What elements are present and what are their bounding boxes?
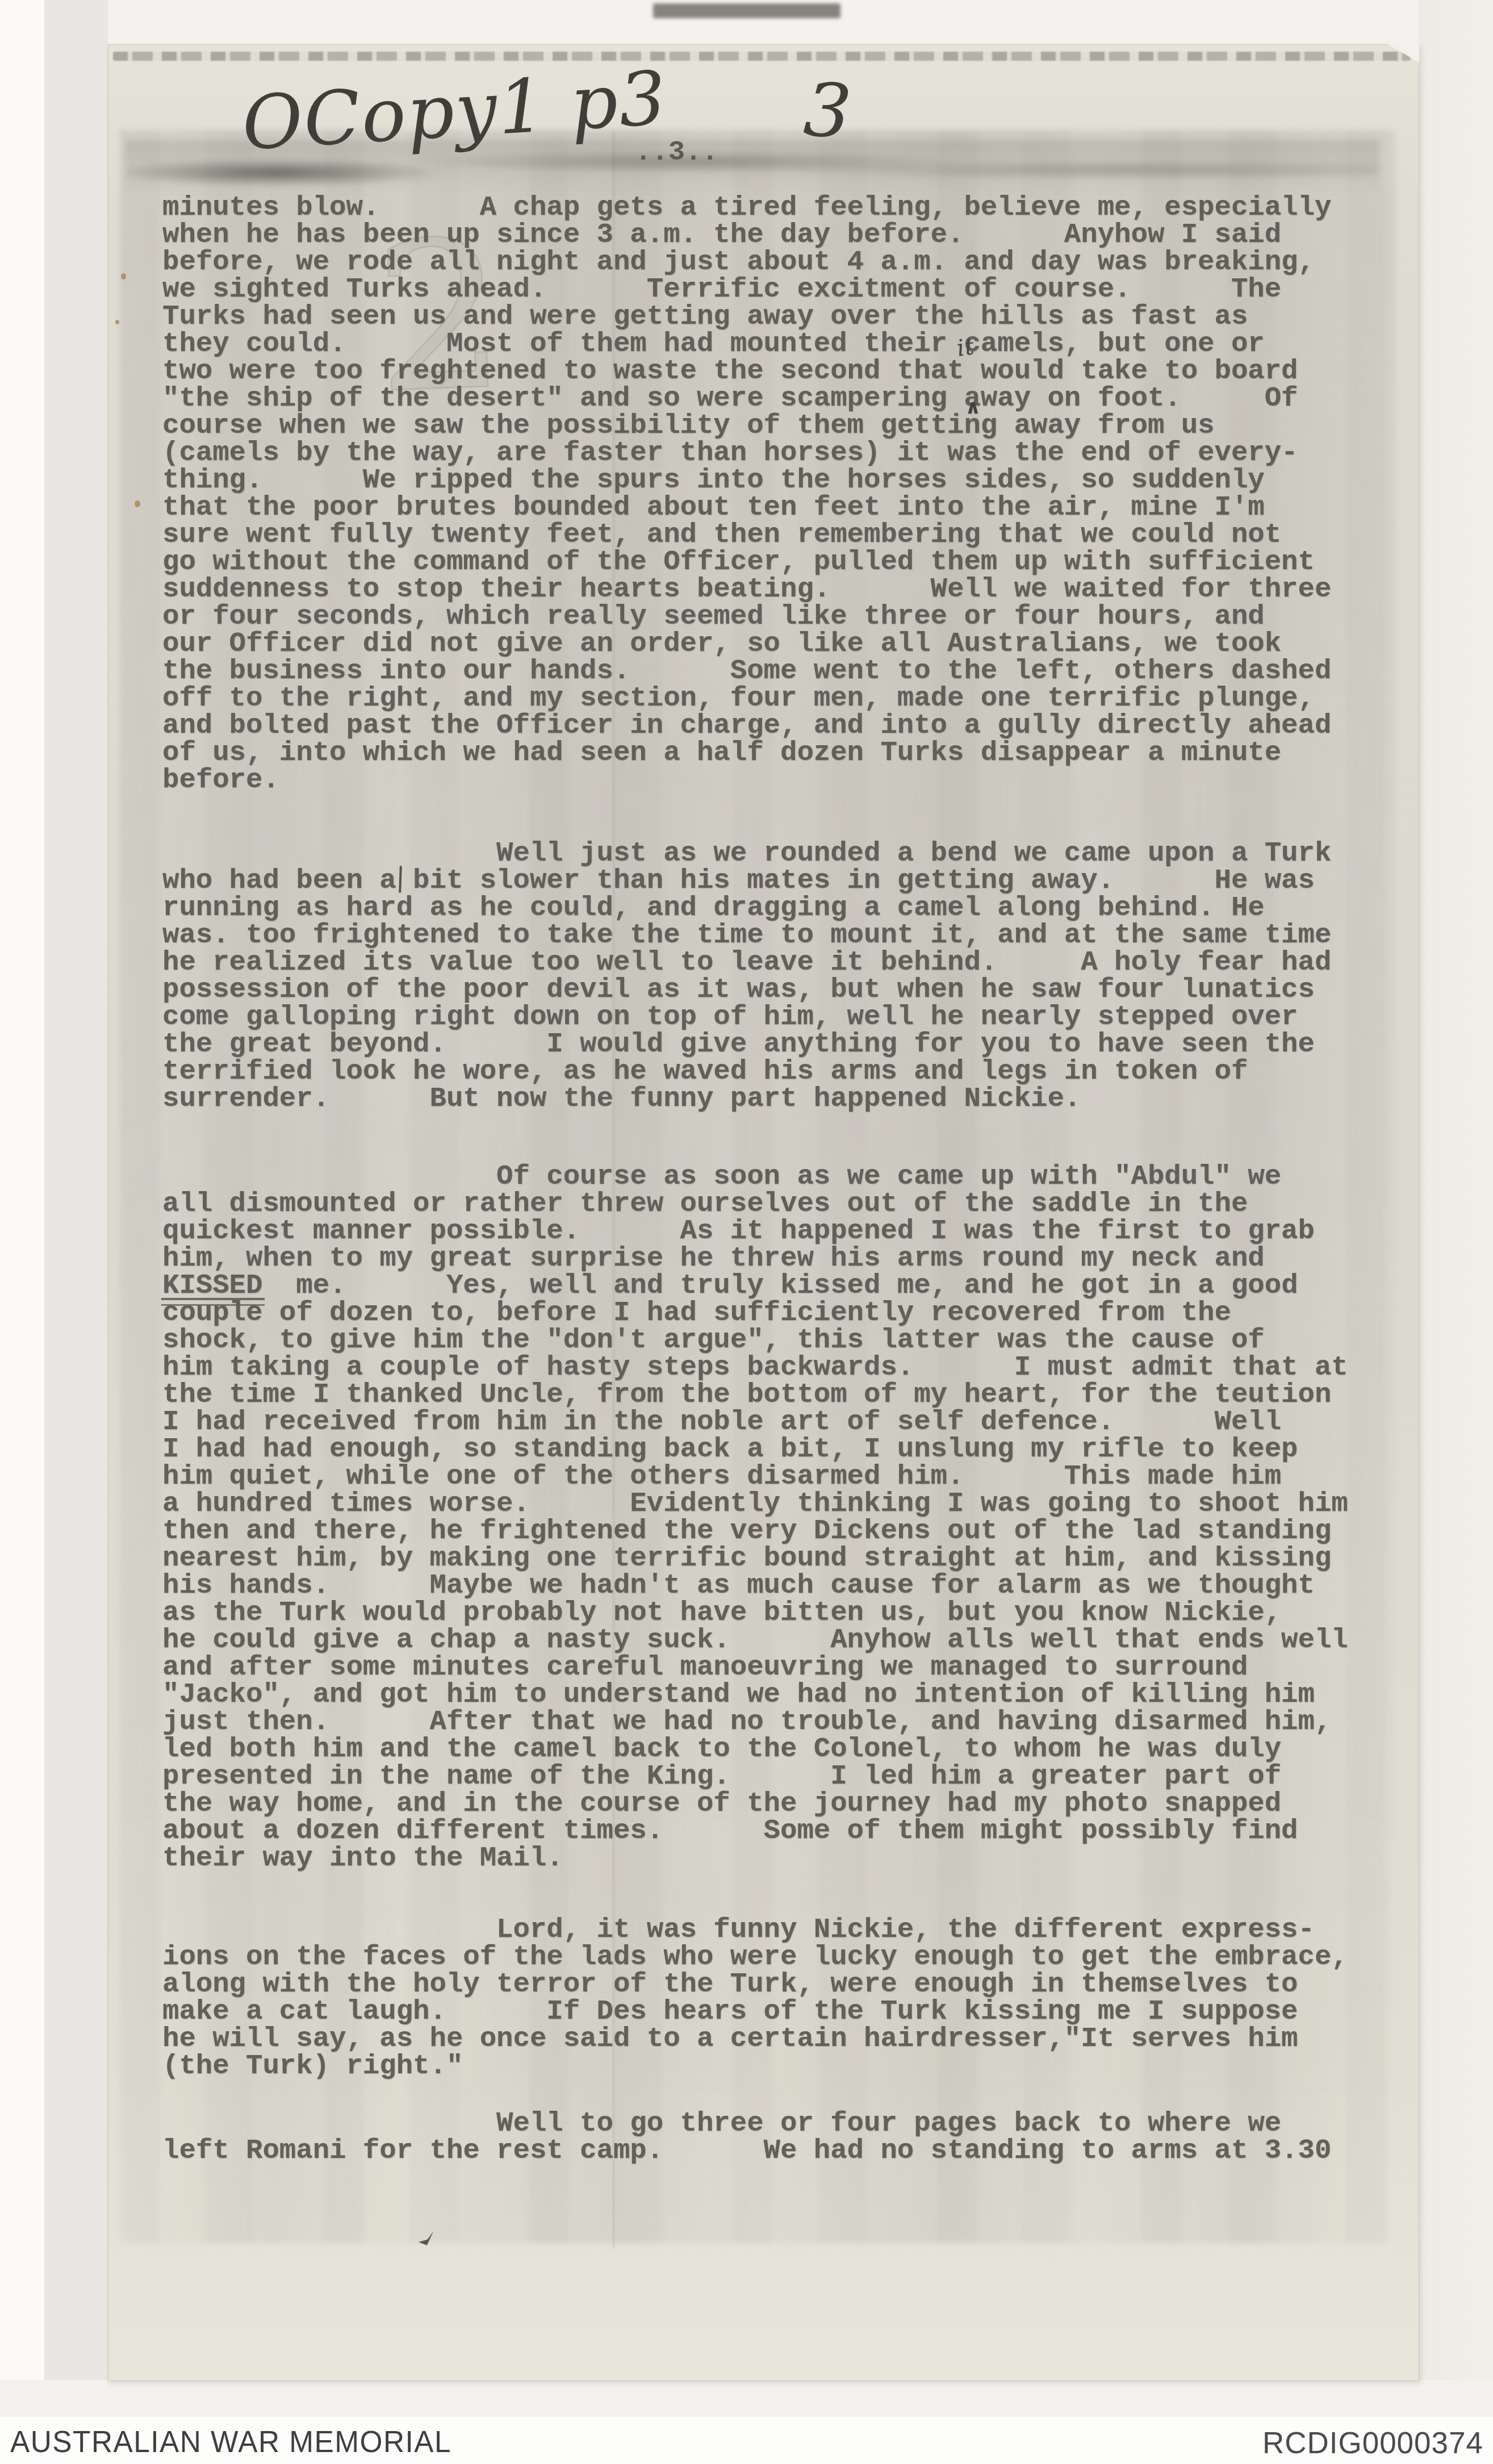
scanned-letter-page: 2 OCopy1 p3 3 ..3.. minutes blow. A chap… [0, 0, 1493, 2464]
scanner-edge-strip [0, 0, 44, 2417]
scanner-background-bottom [0, 2380, 1493, 2417]
letter-body: minutes blow. A chap gets a tired feelin… [162, 194, 1348, 2164]
awm-label: AUSTRALIAN WAR MEMORIAL [10, 2426, 451, 2459]
scanner-background-left [44, 0, 108, 2417]
scan-artifact-bar [653, 3, 840, 18]
typed-line-with-underline: KISSED me. Yes, well and truly kissed me… [162, 1272, 1348, 1299]
top-edge-smudge [113, 52, 1411, 61]
typed-paragraph: minutes blow. A chap gets a tired feelin… [162, 194, 1348, 357]
typed-line-with-insertion: two were too freghtened to waste the sec… [162, 357, 1348, 385]
rust-speck [115, 320, 119, 324]
caret-mark: ∧ [965, 398, 981, 417]
typed-paragraph: couple of dozen to, before I had suffici… [162, 1299, 1348, 1872]
typed-paragraph: Lord, it was funny Nickie, the different… [162, 1916, 1348, 2079]
typed-paragraph: Well just as we rounded a bend we came u… [162, 840, 1348, 1112]
kissed-underlined-word: KISSED [162, 1272, 262, 1299]
letter-paper: 2 OCopy1 p3 3 ..3.. minutes blow. A chap… [108, 44, 1419, 2381]
typed-page-number: ..3.. [635, 139, 718, 166]
typed-paragraph: Of course as soon as we came up with "Ab… [162, 1163, 1348, 1272]
rust-speck [121, 273, 126, 279]
digitisation-footer: AUSTRALIAN WAR MEMORIAL RCDIG0000374 [0, 2417, 1493, 2464]
handwritten-page-number: 3 [801, 66, 854, 155]
pencil-mark [417, 2231, 436, 2247]
inserted-word: it [956, 335, 976, 360]
rust-speck [135, 500, 140, 507]
typed-paragraph: Well to go three or four pages back to w… [162, 2110, 1348, 2164]
record-id-label: RCDIG0000374 [1262, 2427, 1483, 2460]
typed-paragraph: "the ship of the desert" and so were sca… [162, 385, 1348, 794]
scanner-background-right [1418, 0, 1493, 2417]
